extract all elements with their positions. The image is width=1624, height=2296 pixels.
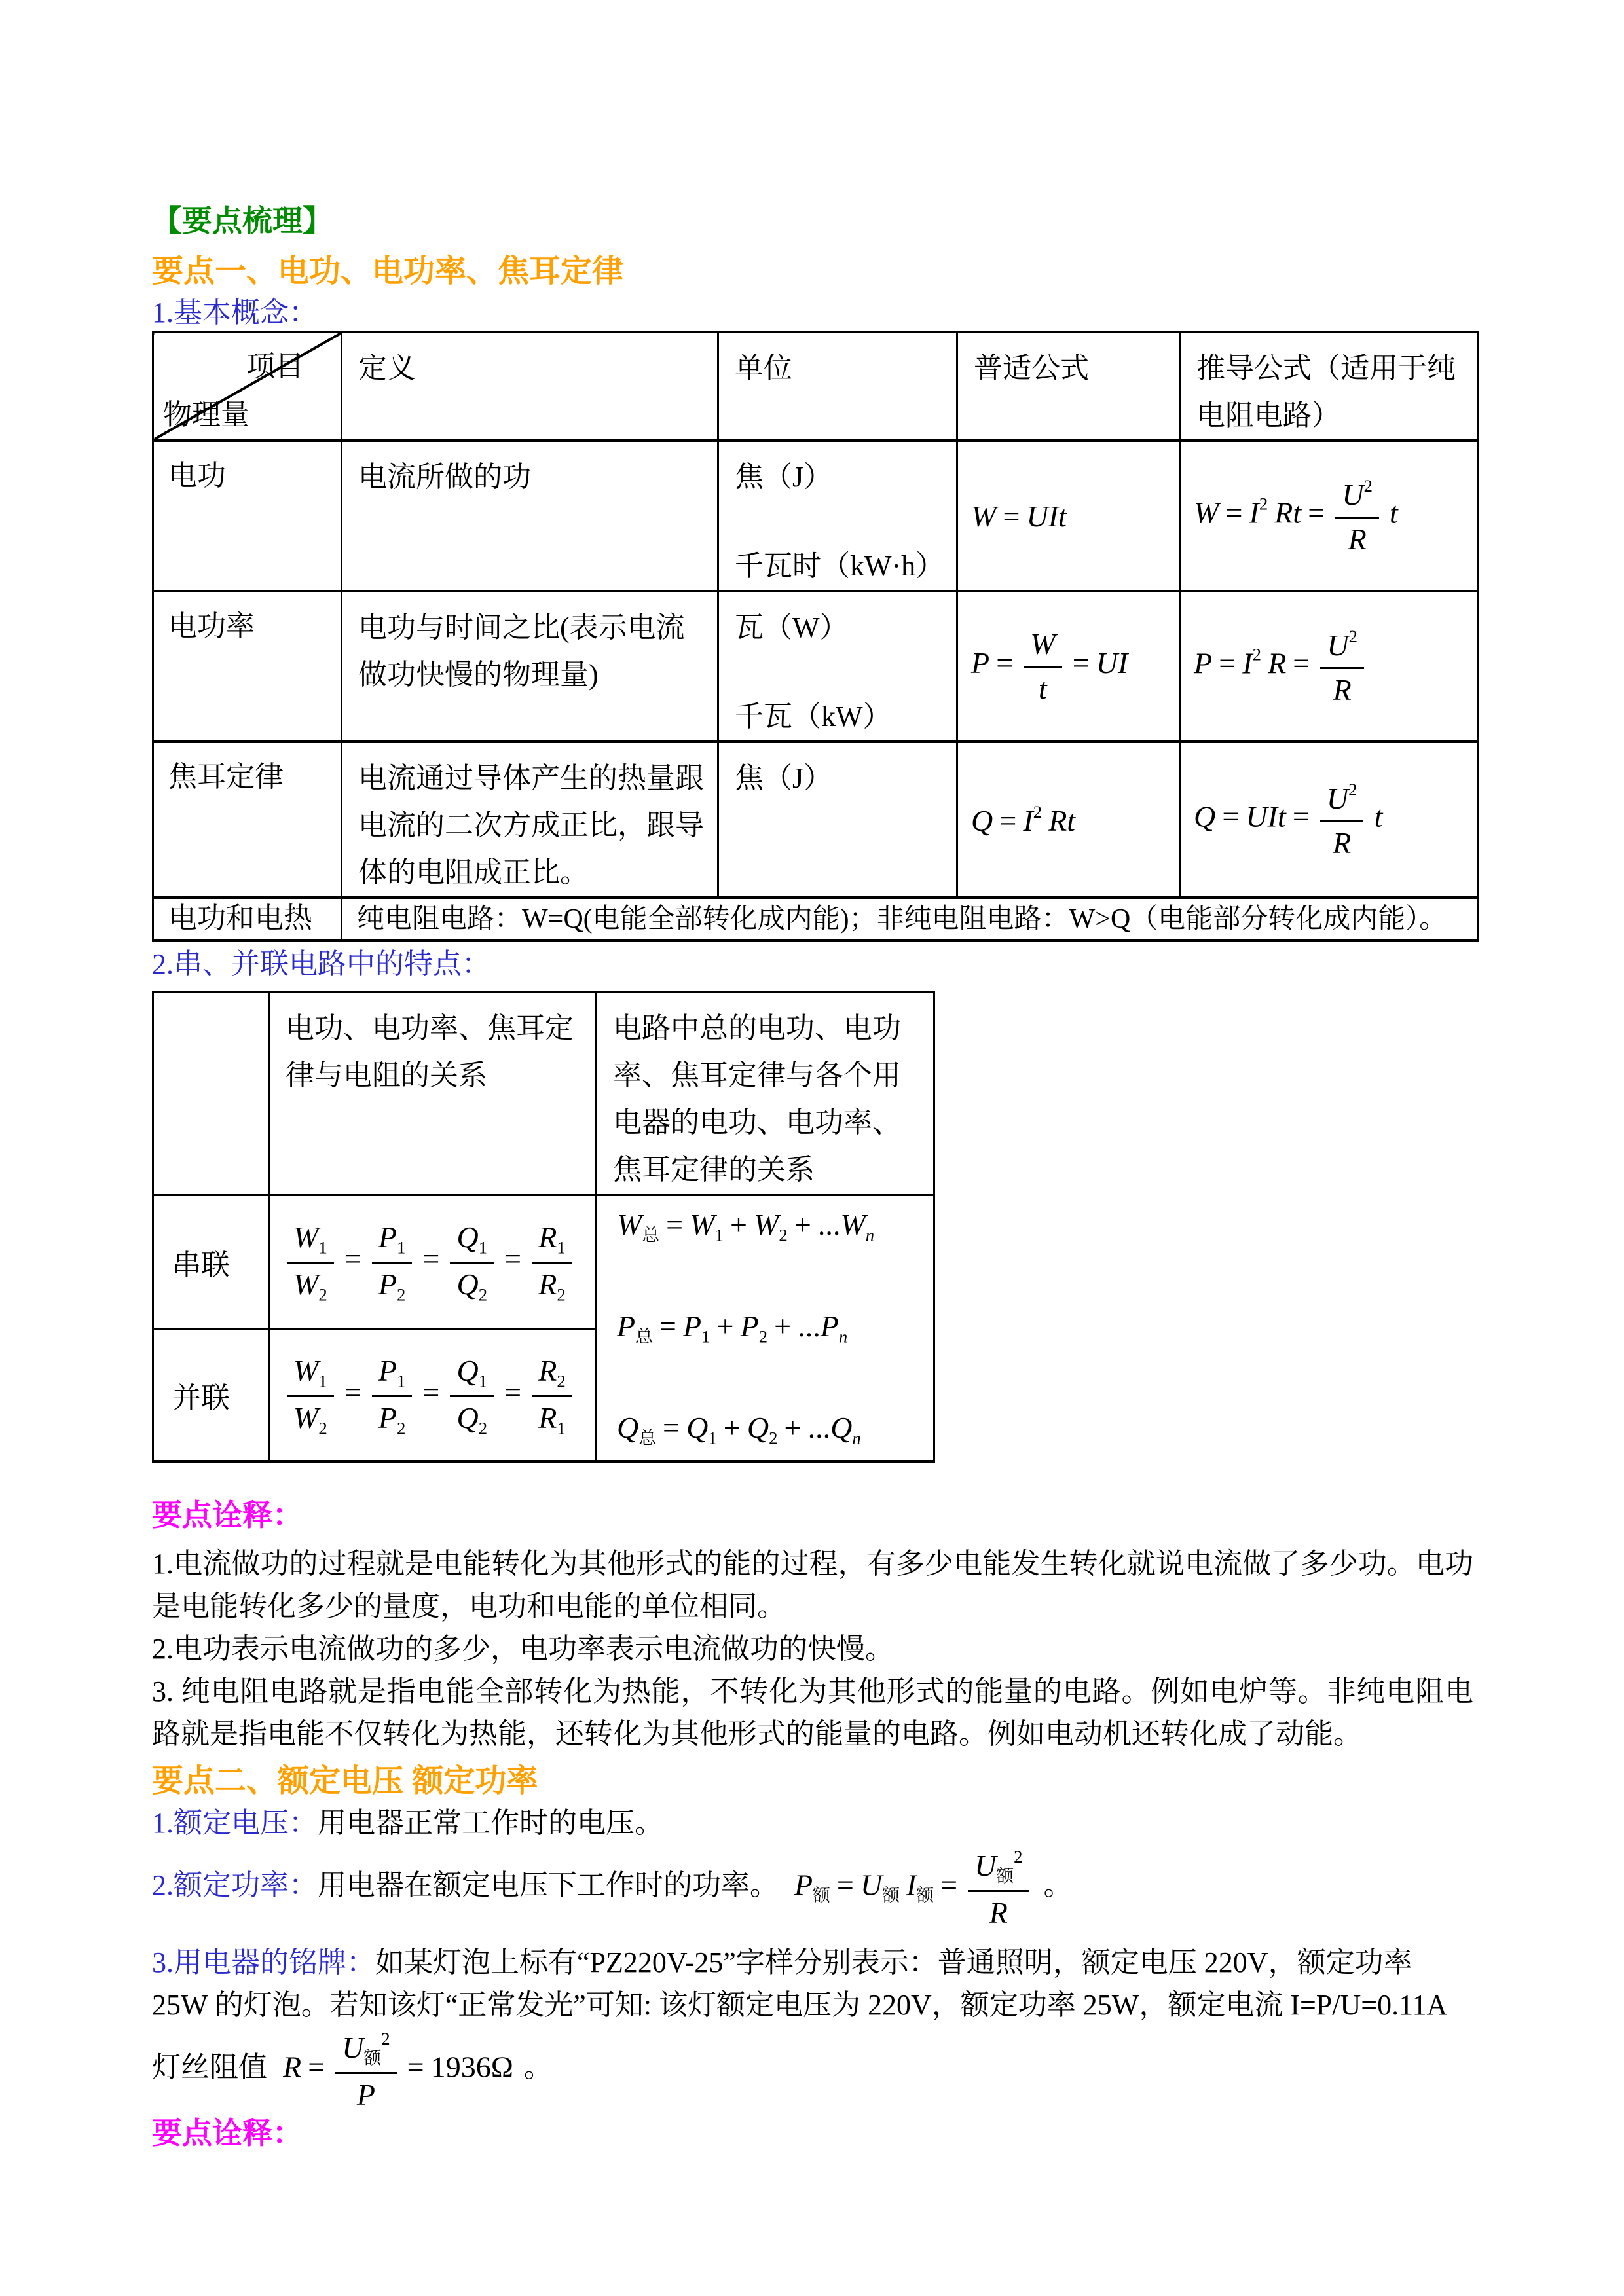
filament-period: 。 bbox=[524, 2051, 553, 2083]
key-notes-heading: 要点诠释： bbox=[152, 2117, 1473, 2150]
diagonal-header-cell: 项目 物理量 bbox=[153, 332, 342, 441]
cell-definition: 电功与时间之比(表示电流做功快慢的物理量) bbox=[342, 591, 718, 742]
cell-general-formula: W=UIt bbox=[957, 441, 1180, 591]
cell-quantity-name: 电功 bbox=[153, 441, 342, 591]
formula-electric-power-general: P=Wt=UI bbox=[971, 625, 1128, 708]
cell-unit: 瓦（W） 千瓦（kW） bbox=[718, 591, 957, 742]
formula-electric-work-general: W=UIt bbox=[971, 500, 1067, 534]
formula-series-ratio: W1W2=P1P2=Q1Q2=R1R2 bbox=[283, 1218, 576, 1306]
header-definition: 定义 bbox=[342, 332, 718, 441]
table-row: 电功率 电功与时间之比(表示电流做功快慢的物理量) 瓦（W） 千瓦（kW） P=… bbox=[153, 591, 1478, 742]
cell-general-formula: P=Wt=UI bbox=[957, 591, 1180, 742]
table-footer-row: 电功和电热 纯电阻电路：W=Q(电能全部转化成内能)；非纯电阻电路：W>Q（电能… bbox=[153, 898, 1478, 941]
rated-voltage-text: 用电器正常工作时的电压。 bbox=[318, 1807, 663, 1839]
formula-total-power: P总=P1+P2+...Pn bbox=[617, 1309, 847, 1347]
header-total-relation: 电路中总的电功、电功率、焦耳定律与各个用电器的电功、电功率、焦耳定律的关系 bbox=[597, 992, 934, 1195]
series-parallel-table: 电功、电功率、焦耳定律与电阻的关系 电路中总的电功、电功率、焦耳定律与各个用电器… bbox=[152, 991, 935, 1463]
cell-quantity-name: 焦耳定律 bbox=[153, 742, 342, 898]
table-row: 焦耳定律 电流通过导体产生的热量跟电流的二次方成正比，跟导体的电阻成正比。 焦（… bbox=[153, 742, 1478, 898]
note-paragraph-1: 1.电流做功的过程就是电能转化为其他形式的能的过程，有多少电能发生转化就说电流做… bbox=[152, 1542, 1473, 1628]
nameplate-text-line2: 25W 的灯泡。若知该灯“正常发光”可知: 该灯额定电压为 220V，额定功率 … bbox=[152, 1989, 1447, 2021]
cell-derived-formula: W=I2Rt=U2Rt bbox=[1180, 441, 1478, 591]
nameplate-paragraph: 3.用电器的铭牌：如某灯泡上标有“PZ220V-25”字样分别表示：普通照明，额… bbox=[152, 1941, 1473, 2026]
note-paragraph-3: 3. 纯电阻电路就是指电能全部转化为热能，不转化为其他形式的能量的电路。例如电炉… bbox=[152, 1670, 1473, 1755]
cell-definition: 电流所做的功 bbox=[342, 441, 718, 591]
rated-power-text: 用电器在额定电压下工作时的功率。 bbox=[318, 1869, 779, 1901]
cell-definition: 电流通过导体产生的热量跟电流的二次方成正比，跟导体的电阻成正比。 bbox=[342, 742, 718, 898]
unit-line: 焦（J） bbox=[735, 454, 943, 501]
cell-circuit-type: 并联 bbox=[153, 1329, 269, 1461]
formula-rated-power: P额=U额I额=U额2R bbox=[794, 1844, 1033, 1932]
cell-quantity-name: 电功率 bbox=[153, 591, 342, 742]
cell-circuit-type: 串联 bbox=[153, 1195, 269, 1329]
unit-line: 千瓦（kW） bbox=[735, 693, 943, 740]
topic1-heading: 要点一、电功、电功率、焦耳定律 bbox=[152, 253, 1473, 289]
table-header-row: 项目 物理量 定义 单位 普适公式 推导公式（适用于纯电阻电路） bbox=[153, 332, 1478, 441]
unit-line: 千瓦时（kW·h） bbox=[735, 543, 943, 590]
diagonal-top-label: 项目 bbox=[246, 342, 304, 384]
cell-quantity-name: 电功和电热 bbox=[153, 898, 342, 941]
nameplate-text-line1: 如某灯泡上标有“PZ220V-25”字样分别表示：普通照明，额定电压 220V，… bbox=[375, 1946, 1412, 1978]
unit-line: 焦（J） bbox=[735, 755, 943, 802]
cell-general-formula: Q=I2Rt bbox=[957, 742, 1180, 898]
cell-unit: 焦（J） bbox=[718, 742, 957, 898]
formula-filament-resistance: R=U额2P=1936Ω bbox=[283, 2026, 513, 2114]
diagonal-bottom-label: 物理量 bbox=[163, 391, 249, 433]
header-unit: 单位 bbox=[718, 332, 957, 441]
topic2-heading: 要点二、额定电压 额定功率 bbox=[152, 1763, 1473, 1799]
cell-ratio-formula: W1W2=P1P2=Q1Q2=R2R1 bbox=[269, 1329, 597, 1461]
series-parallel-heading: 2.串、并联电路中的特点： bbox=[152, 949, 1473, 980]
empty-corner-cell bbox=[153, 992, 269, 1195]
total-formulas-stack: W总=W1+W2+...Wn P总=P1+P2+...Pn Q总=Q1+Q2+.… bbox=[597, 1208, 933, 1448]
unit-line: 瓦（W） bbox=[735, 604, 943, 651]
cell-derived-formula: P=I2R=U2R bbox=[1180, 591, 1478, 742]
cell-work-heat-relation: 纯电阻电路：W=Q(电能全部转化成内能)；非纯电阻电路：W>Q（电能部分转化成内… bbox=[342, 898, 1478, 941]
document-page: 【要点梳理】 要点一、电功、电功率、焦耳定律 1.基本概念： 项目 物理量 定义… bbox=[0, 0, 1624, 2296]
formula-total-work: W总=W1+W2+...Wn bbox=[617, 1208, 874, 1245]
cell-derived-formula: Q=UIt=U2Rt bbox=[1180, 742, 1478, 898]
header-resistance-relation: 电功、电功率、焦耳定律与电阻的关系 bbox=[269, 992, 597, 1195]
rated-power-label: 2.额定功率： bbox=[152, 1869, 318, 1901]
nameplate-label: 3.用电器的铭牌： bbox=[152, 1946, 375, 1978]
cell-ratio-formula: W1W2=P1P2=Q1Q2=R1R2 bbox=[269, 1195, 597, 1329]
rated-voltage-label: 1.额定电压： bbox=[152, 1807, 318, 1839]
formula-parallel-ratio: W1W2=P1P2=Q1Q2=R2R1 bbox=[283, 1351, 576, 1440]
rated-voltage-paragraph: 1.额定电压：用电器正常工作时的电压。 bbox=[152, 1802, 1473, 1844]
table-header-row: 电功、电功率、焦耳定律与电阻的关系 电路中总的电功、电功率、焦耳定律与各个用电器… bbox=[153, 992, 934, 1195]
filament-resistance-paragraph: 灯丝阻值R=U额2P=1936Ω。 bbox=[152, 2026, 1473, 2114]
basic-concepts-table: 项目 物理量 定义 单位 普适公式 推导公式（适用于纯电阻电路） 电功 电流所做… bbox=[152, 331, 1479, 942]
formula-joule-law-derived: Q=UIt=U2Rt bbox=[1194, 777, 1382, 862]
filament-label: 灯丝阻值 bbox=[152, 2051, 267, 2083]
header-general-formula: 普适公式 bbox=[957, 332, 1180, 441]
table-row: 串联 W1W2=P1P2=Q1Q2=R1R2 W总=W1+W2+...Wn P总… bbox=[153, 1195, 934, 1329]
cell-total-formulas: W总=W1+W2+...Wn P总=P1+P2+...Pn Q总=Q1+Q2+.… bbox=[597, 1195, 934, 1461]
formula-total-heat: Q总=Q1+Q2+...Qn bbox=[617, 1411, 861, 1448]
rated-power-period: 。 bbox=[1043, 1869, 1072, 1901]
concepts-heading: 1.基本概念： bbox=[152, 297, 1473, 329]
outline-heading: 【要点梳理】 bbox=[152, 203, 1473, 239]
header-derived-formula: 推导公式（适用于纯电阻电路） bbox=[1180, 332, 1478, 441]
note-paragraph-2: 2.电功表示电流做功的多少，电功率表示电流做功的快慢。 bbox=[152, 1628, 1473, 1670]
formula-electric-power-derived: P=I2R=U2R bbox=[1194, 624, 1368, 709]
key-notes-heading: 要点诠释： bbox=[152, 1499, 1473, 1532]
formula-joule-law-general: Q=I2Rt bbox=[971, 802, 1075, 839]
table-row: 电功 电流所做的功 焦（J） 千瓦时（kW·h） W=UIt W=I2Rt=U2… bbox=[153, 441, 1478, 591]
formula-electric-work-derived: W=I2Rt=U2Rt bbox=[1194, 473, 1398, 558]
rated-power-paragraph: 2.额定功率：用电器在额定电压下工作时的功率。P额=U额I额=U额2R。 bbox=[152, 1844, 1473, 1932]
cell-unit: 焦（J） 千瓦时（kW·h） bbox=[718, 441, 957, 591]
